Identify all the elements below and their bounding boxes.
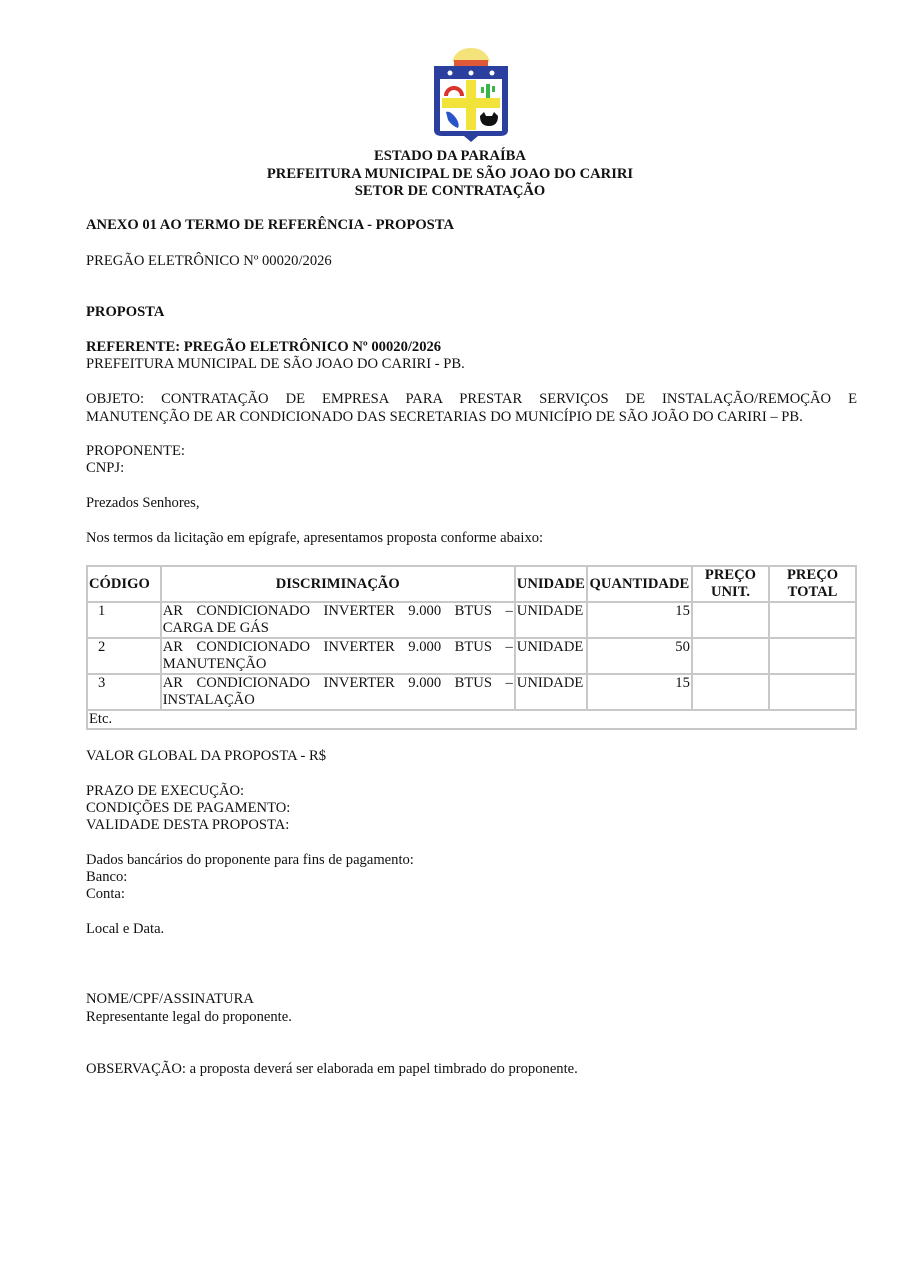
- state-name: ESTADO DA PARAÍBA: [0, 148, 900, 166]
- table-row: 1 AR CONDICIONADO INVERTER 9.000 BTUS –C…: [87, 602, 856, 638]
- header-total-price-line1: PREÇO: [771, 567, 854, 584]
- cell-quantity: 15: [587, 674, 692, 710]
- validity-label: VALIDADE DESTA PROPOSTA:: [86, 817, 289, 835]
- cell-description: AR CONDICIONADO INVERTER 9.000 BTUS –CAR…: [161, 602, 515, 638]
- header-quantity: QUANTIDADE: [587, 566, 692, 602]
- intro-text: Nos termos da licitação em epígrafe, apr…: [86, 530, 543, 548]
- header-unit-price: PREÇOUNIT.: [692, 566, 769, 602]
- greeting: Prezados Senhores,: [86, 495, 199, 513]
- observation-note: OBSERVAÇÃO: a proposta deverá ser elabor…: [86, 1061, 578, 1079]
- table-header-row: CÓDIGO DISCRIMINAÇÃO UNIDADE QUANTIDADE …: [87, 566, 856, 602]
- proposal-items-table: CÓDIGO DISCRIMINAÇÃO UNIDADE QUANTIDADE …: [86, 565, 857, 730]
- cell-unit-price[interactable]: [692, 602, 769, 638]
- cell-unit: UNIDADE: [515, 638, 587, 674]
- header-code: CÓDIGO: [87, 566, 161, 602]
- cell-quantity: 50: [587, 638, 692, 674]
- representative-label: Representante legal do proponente.: [86, 1009, 292, 1027]
- cell-total-price[interactable]: [769, 674, 856, 710]
- objeto-line-1: OBJETO: CONTRATAÇÃO DE EMPRESA PARA PRES…: [86, 391, 857, 409]
- description-line1: AR CONDICIONADO INVERTER 9.000 BTUS –: [163, 675, 513, 692]
- execution-term-label: PRAZO DE EXECUÇÃO:: [86, 783, 244, 801]
- objeto-paragraph: OBJETO: CONTRATAÇÃO DE EMPRESA PARA PRES…: [86, 391, 857, 426]
- prefecture-name: PREFEITURA MUNICIPAL DE SÃO JOAO DO CARI…: [0, 166, 900, 184]
- bank-label: Banco:: [86, 869, 127, 887]
- place-date-label: Local e Data.: [86, 921, 164, 939]
- account-label: Conta:: [86, 886, 125, 904]
- proponente-label: PROPONENTE:: [86, 443, 185, 461]
- description-line2: INSTALAÇÃO: [163, 692, 255, 708]
- table-row: 3 AR CONDICIONADO INVERTER 9.000 BTUS –I…: [87, 674, 856, 710]
- objeto-line-2: MANUTENÇÃO DE AR CONDICIONADO DAS SECRET…: [86, 409, 803, 425]
- cell-code: 2: [87, 638, 161, 674]
- annex-title: ANEXO 01 AO TERMO DE REFERÊNCIA - PROPOS…: [86, 217, 454, 235]
- header-unit-price-line2: UNIT.: [694, 584, 767, 601]
- sector-name: SETOR DE CONTRATAÇÃO: [0, 183, 900, 201]
- cell-total-price[interactable]: [769, 638, 856, 674]
- header-total-price: PREÇOTOTAL: [769, 566, 856, 602]
- cnpj-label: CNPJ:: [86, 460, 124, 478]
- cell-quantity: 15: [587, 602, 692, 638]
- description-line1: AR CONDICIONADO INVERTER 9.000 BTUS –: [163, 603, 513, 620]
- cell-unit: UNIDADE: [515, 602, 587, 638]
- cell-etc: Etc.: [87, 710, 856, 729]
- header-total-price-line2: TOTAL: [771, 584, 854, 601]
- payment-conditions-label: CONDIÇÕES DE PAGAMENTO:: [86, 800, 290, 818]
- global-value-label: VALOR GLOBAL DA PROPOSTA - R$: [86, 748, 326, 766]
- cell-code: 3: [87, 674, 161, 710]
- description-line2: MANUTENÇÃO: [163, 656, 267, 672]
- referente-line: REFERENTE: PREGÃO ELETRÔNICO Nº 00020/20…: [86, 339, 441, 357]
- cell-unit: UNIDADE: [515, 674, 587, 710]
- table-row: 2 AR CONDICIONADO INVERTER 9.000 BTUS –M…: [87, 638, 856, 674]
- cell-total-price[interactable]: [769, 602, 856, 638]
- table-footer-row: Etc.: [87, 710, 856, 729]
- description-line1: AR CONDICIONADO INVERTER 9.000 BTUS –: [163, 639, 513, 656]
- description-line2: CARGA DE GÁS: [163, 620, 269, 636]
- signature-label: NOME/CPF/ASSINATURA: [86, 991, 254, 1009]
- cell-description: AR CONDICIONADO INVERTER 9.000 BTUS –MAN…: [161, 638, 515, 674]
- cell-description: AR CONDICIONADO INVERTER 9.000 BTUS –INS…: [161, 674, 515, 710]
- letterhead: ESTADO DA PARAÍBA PREFEITURA MUNICIPAL D…: [0, 148, 900, 201]
- cell-code: 1: [87, 602, 161, 638]
- bank-intro: Dados bancários do proponente para fins …: [86, 852, 414, 870]
- header-unit: UNIDADE: [515, 566, 587, 602]
- municipal-coat-of-arms-icon: [430, 44, 512, 144]
- proposal-heading: PROPOSTA: [86, 304, 164, 322]
- cell-unit-price[interactable]: [692, 674, 769, 710]
- referente-entity: PREFEITURA MUNICIPAL DE SÃO JOAO DO CARI…: [86, 356, 465, 374]
- header-description: DISCRIMINAÇÃO: [161, 566, 515, 602]
- header-unit-price-line1: PREÇO: [694, 567, 767, 584]
- cell-unit-price[interactable]: [692, 638, 769, 674]
- pregao-number: PREGÃO ELETRÔNICO Nº 00020/2026: [86, 253, 332, 271]
